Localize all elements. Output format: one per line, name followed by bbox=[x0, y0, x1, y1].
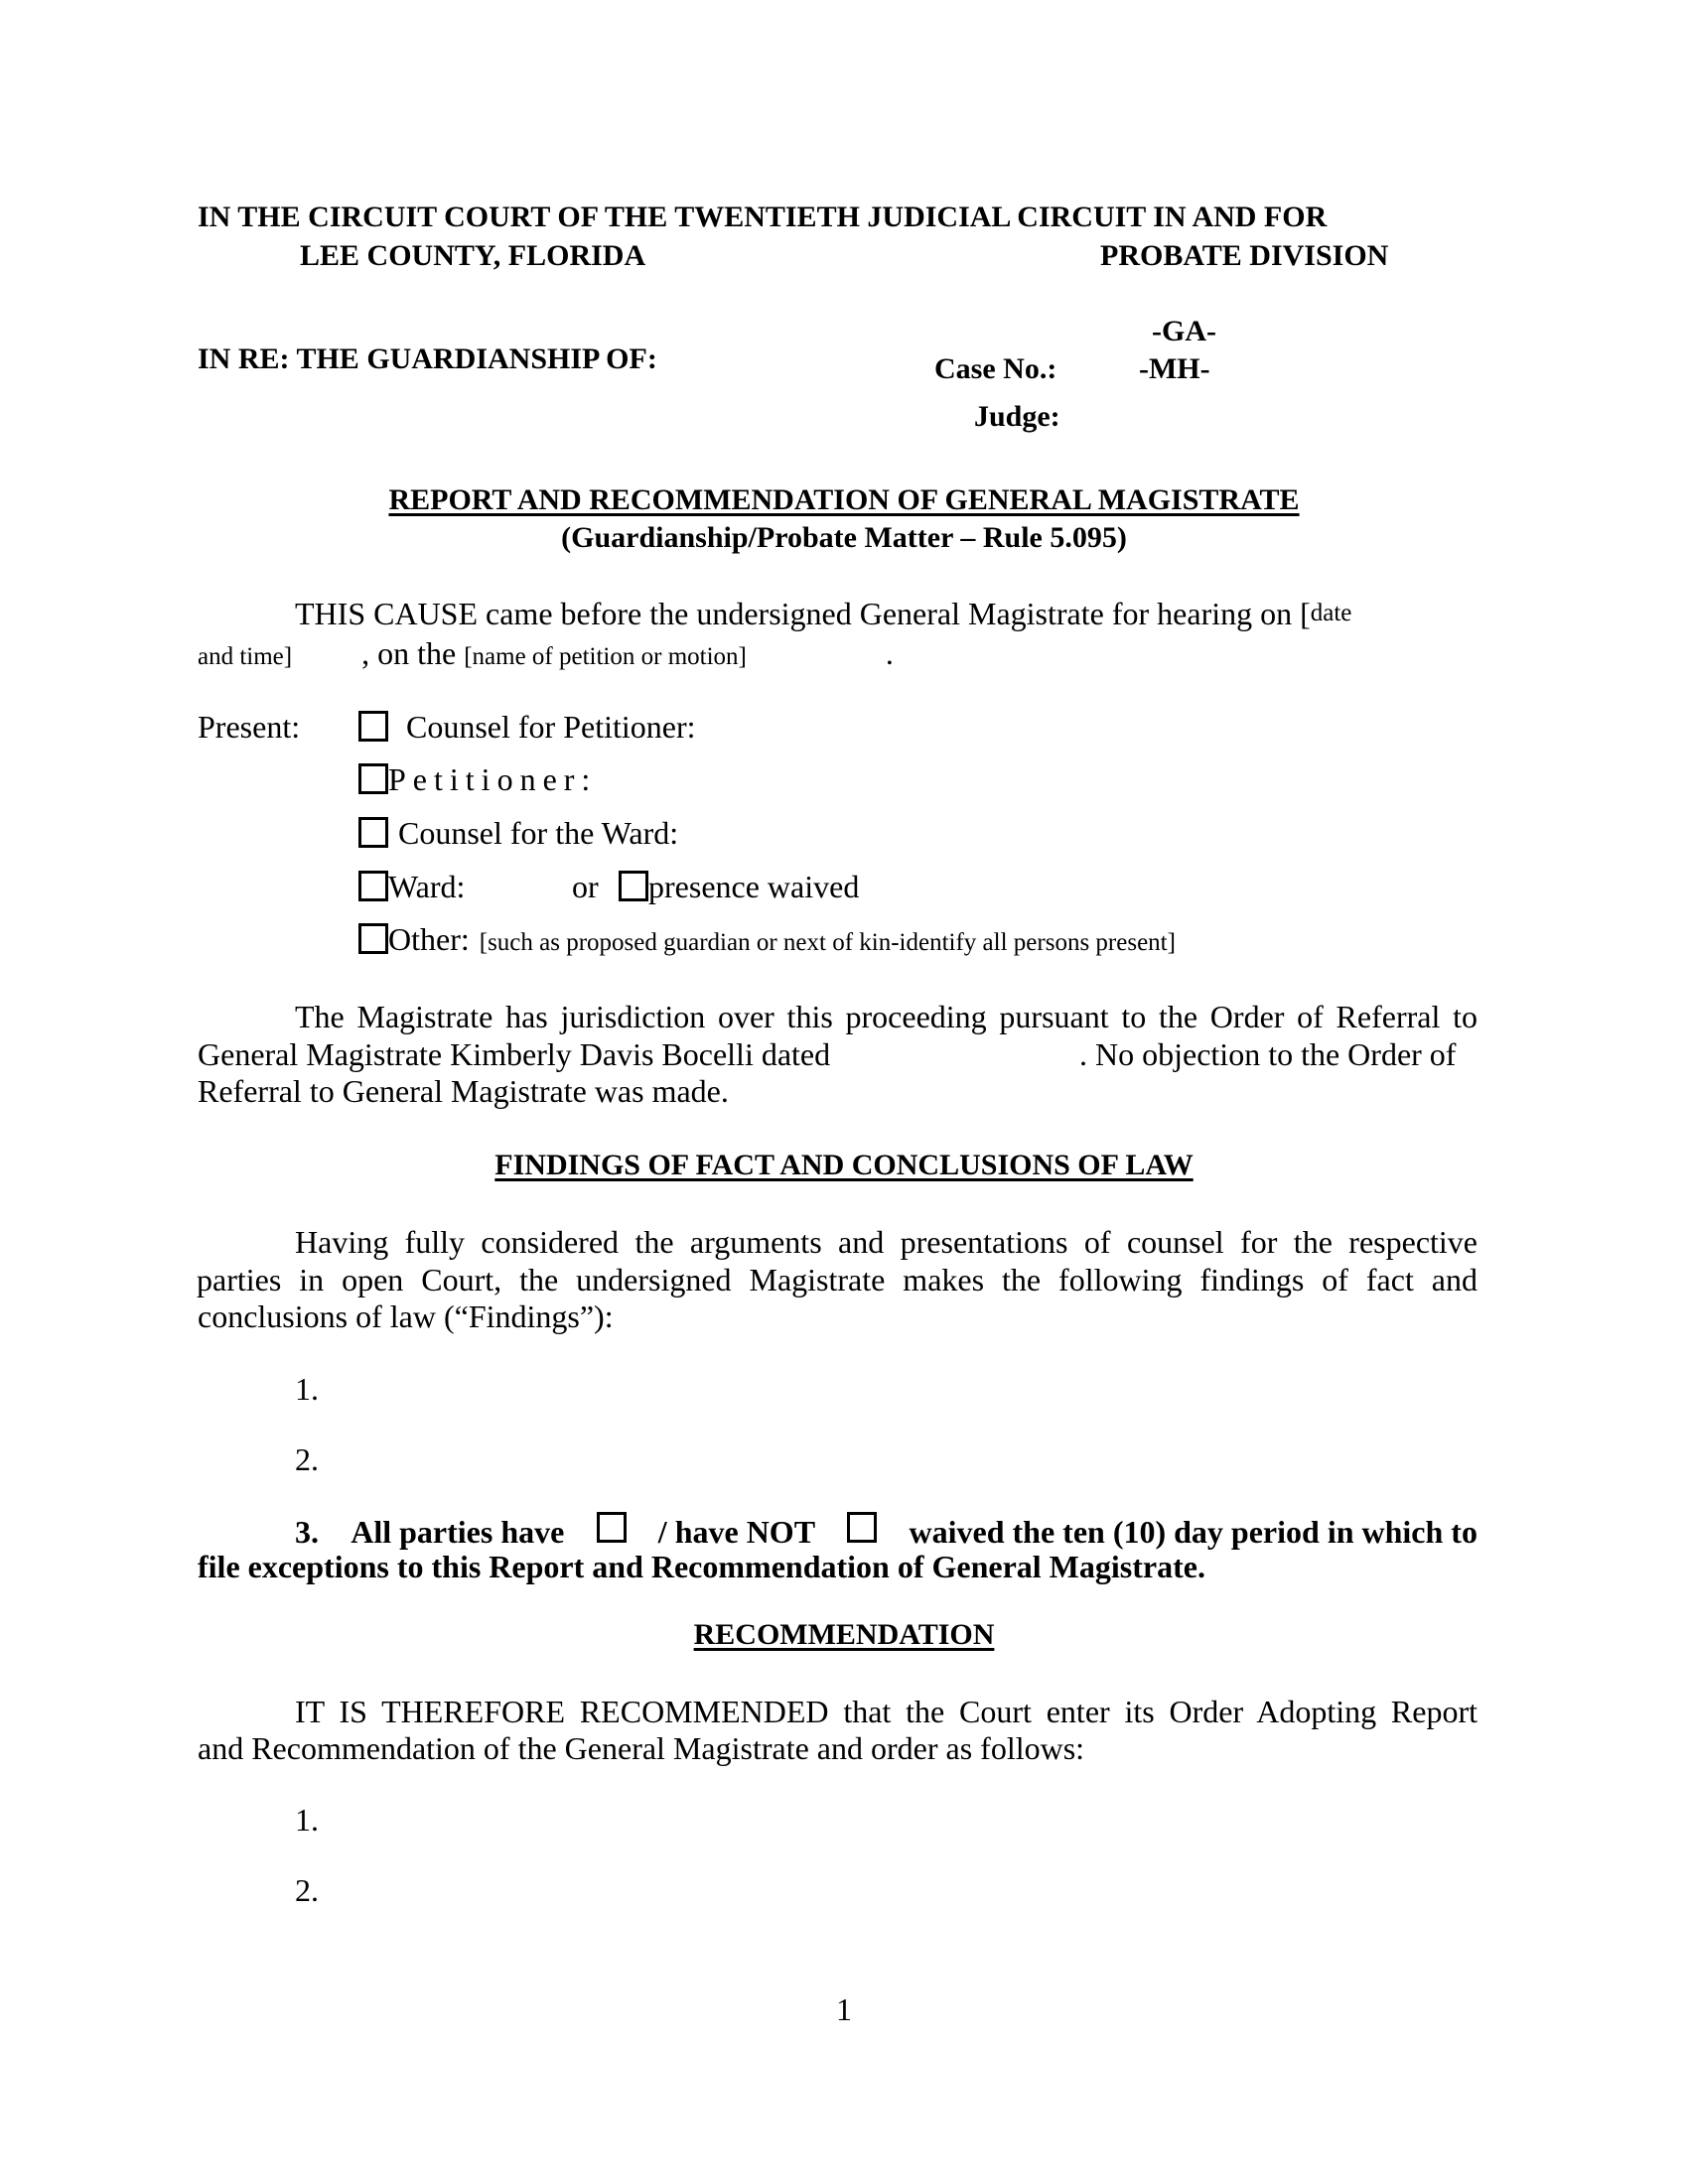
page-number: 1 bbox=[0, 1993, 1688, 2025]
finding-item-3-number: 3. bbox=[295, 1516, 319, 1548]
petitioner-checkbox[interactable] bbox=[358, 763, 388, 794]
not-waived-checkbox[interactable] bbox=[847, 1512, 877, 1543]
jurisdiction-line-2b: . No objection to the Order of bbox=[1079, 1038, 1456, 1070]
document-subtitle: (Guardianship/Probate Matter – Rule 5.09… bbox=[0, 523, 1688, 553]
division-label: PROBATE DIVISION bbox=[1100, 241, 1388, 271]
recommendation-line-1: IT IS THEREFORE RECOMMENDED that the Cou… bbox=[295, 1696, 1477, 1727]
period: . bbox=[886, 635, 894, 671]
findings-intro-line-1: Having fully considered the arguments an… bbox=[295, 1226, 1477, 1258]
finding-item-3: 3. All parties have / have NOT waived th… bbox=[295, 1512, 1477, 1548]
judge-label: Judge: bbox=[974, 402, 1060, 432]
in-re-label: IN RE: THE GUARDIANSHIP OF: bbox=[198, 344, 657, 374]
other-checkbox[interactable] bbox=[358, 923, 388, 954]
recommendation-item-2: 2. bbox=[295, 1874, 319, 1906]
findings-intro-line-3: conclusions of law (“Findings”): bbox=[198, 1300, 614, 1332]
present-label: Present: bbox=[198, 711, 300, 743]
finding-item-1: 1. bbox=[295, 1373, 319, 1405]
present-counsel-petitioner: Counsel for Petitioner: bbox=[358, 711, 696, 743]
date-placeholder[interactable]: date bbox=[1311, 600, 1352, 626]
jurisdiction-line-3: Referral to General Magistrate was made. bbox=[198, 1075, 729, 1107]
counsel-petitioner-checkbox[interactable] bbox=[358, 711, 388, 742]
other-label: Other: bbox=[388, 921, 470, 957]
presence-waived-label: presence waived bbox=[648, 869, 859, 904]
document-title-text: REPORT AND RECOMMENDATION OF GENERAL MAG… bbox=[388, 483, 1299, 516]
present-petitioner: Petitioner: bbox=[358, 763, 597, 795]
recommendation-heading-text: RECOMMENDATION bbox=[694, 1618, 995, 1651]
present-ward: Ward: bbox=[358, 871, 465, 902]
case-number-ga: -GA- bbox=[1152, 317, 1216, 346]
case-number-label: Case No.: bbox=[934, 354, 1056, 384]
counsel-ward-checkbox[interactable] bbox=[358, 817, 388, 848]
petition-placeholder[interactable]: [name of petition or motion] bbox=[464, 643, 747, 670]
ward-label: Ward: bbox=[388, 869, 465, 904]
finding-item-3-text-a: All parties have bbox=[351, 1516, 564, 1548]
ward-checkbox[interactable] bbox=[358, 871, 388, 901]
date-placeholder-cont[interactable]: and time] bbox=[198, 643, 292, 670]
recommendation-item-1: 1. bbox=[295, 1804, 319, 1836]
findings-intro-line-2: parties in open Court, the undersigned M… bbox=[197, 1264, 1477, 1296]
findings-heading-text: FINDINGS OF FACT AND CONCLUSIONS OF LAW bbox=[494, 1149, 1193, 1181]
present-counsel-ward: Counsel for the Ward: bbox=[358, 817, 678, 849]
intro-text: THIS CAUSE came before the undersigned G… bbox=[295, 596, 1300, 631]
on-the-text: , on the bbox=[361, 635, 464, 671]
recommendation-line-2: and Recommendation of the General Magist… bbox=[198, 1732, 1084, 1764]
bracket: [ bbox=[1300, 596, 1311, 631]
presence-waived-checkbox[interactable] bbox=[619, 871, 648, 901]
findings-heading: FINDINGS OF FACT AND CONCLUSIONS OF LAW bbox=[0, 1151, 1688, 1180]
document-title: REPORT AND RECOMMENDATION OF GENERAL MAG… bbox=[0, 485, 1688, 515]
finding-item-3-text-b: / have NOT bbox=[658, 1516, 815, 1548]
document-page: IN THE CIRCUIT COURT OF THE TWENTIETH JU… bbox=[0, 0, 1688, 2184]
case-number-mh: -MH- bbox=[1139, 354, 1210, 384]
finding-item-2: 2. bbox=[295, 1443, 319, 1475]
present-other: Other: [such as proposed guardian or nex… bbox=[358, 923, 1176, 955]
finding-item-3-line-2: file exceptions to this Report and Recom… bbox=[198, 1551, 1205, 1582]
waived-checkbox[interactable] bbox=[597, 1512, 627, 1543]
counsel-ward-label: Counsel for the Ward: bbox=[398, 815, 678, 851]
ward-or-text: or bbox=[572, 871, 599, 902]
jurisdiction-line-2a: General Magistrate Kimberly Davis Bocell… bbox=[198, 1038, 830, 1070]
jurisdiction-line-1: The Magistrate has jurisdiction over thi… bbox=[295, 1001, 1477, 1032]
petitioner-label: Petitioner: bbox=[388, 761, 597, 797]
intro-line-2: and time], on the [name of petition or m… bbox=[198, 637, 894, 669]
intro-line-1: THIS CAUSE came before the undersigned G… bbox=[295, 598, 1351, 629]
other-hint[interactable]: [such as proposed guardian or next of ki… bbox=[480, 929, 1176, 956]
county-label: LEE COUNTY, FLORIDA bbox=[300, 241, 645, 271]
court-caption-line: IN THE CIRCUIT COURT OF THE TWENTIETH JU… bbox=[198, 203, 1327, 232]
finding-item-3-text-c: waived the ten (10) day period in which … bbox=[910, 1516, 1477, 1548]
presence-waived-option: presence waived bbox=[619, 871, 859, 902]
recommendation-heading: RECOMMENDATION bbox=[0, 1620, 1688, 1650]
counsel-petitioner-label: Counsel for Petitioner: bbox=[406, 709, 696, 745]
